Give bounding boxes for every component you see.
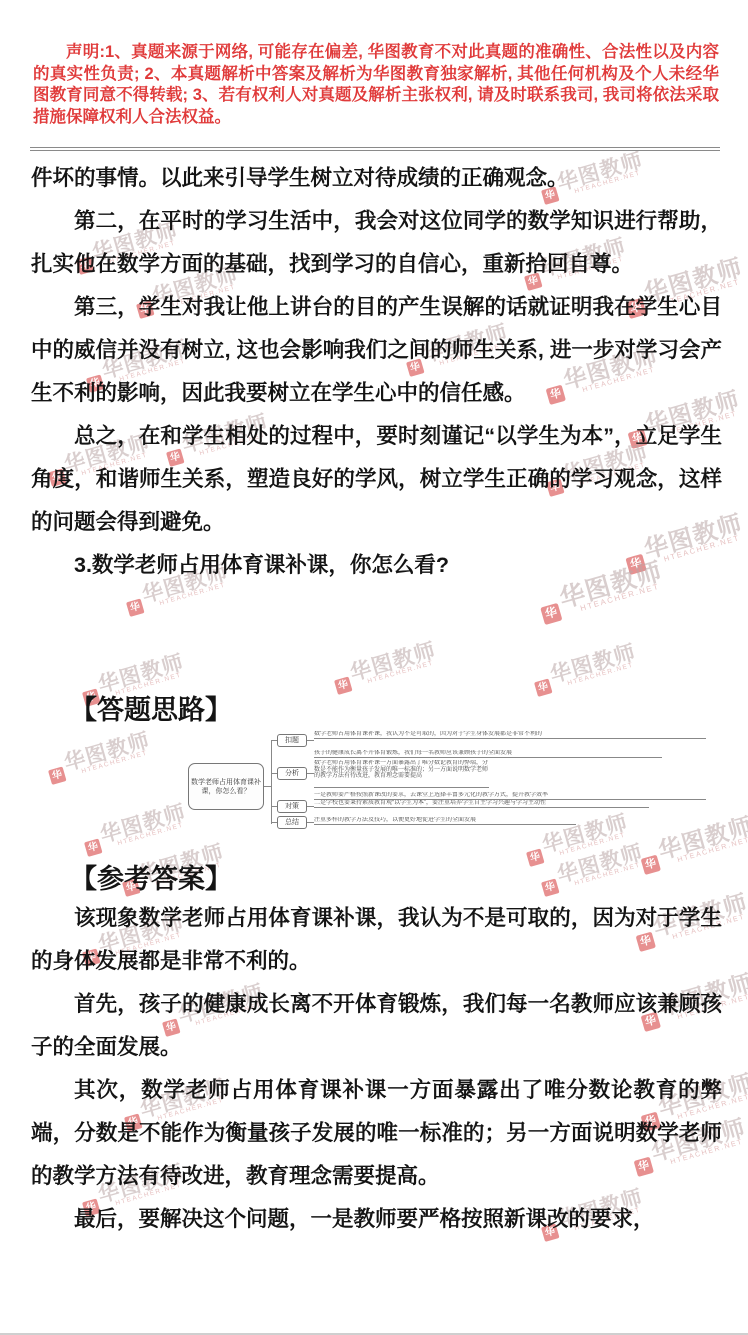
mindmap-branch-label: 对策	[277, 800, 307, 813]
paragraph: 第三，学生对我让他上讲台的目的产生误解的话就证明我在学生心目中的威信并没有树立,…	[31, 286, 722, 415]
paragraph: 第二，在平时的学习生活中，我会对这位同学的数学知识进行帮助，扎实他在数学方面的基…	[31, 200, 722, 286]
paragraph: 件坏的事情。以此来引导学生树立对待成绩的正确观念。	[31, 157, 722, 200]
paragraph: 总之，在和学生相处的过程中，要时刻谨记“以学生为本”，立足学生角度，和谐师生关系…	[31, 415, 722, 544]
page-content: 声明:1、真题来源于网络, 可能存在偏差, 华图教育不对此真题的准确性、合法性以…	[0, 0, 748, 1335]
mindmap-branch-text: 注重多样的教学方法及技巧，以便更好地促进学生的全面发展	[314, 817, 576, 825]
mindmap-branch-text: 数学老师占用体育课补课一方面暴露出了唯分数论教育的弊端，分数是不能作为衡量孩子发…	[314, 760, 489, 788]
mindmap-branch-text: 一是教师要严格按照新课改的要求，去课堂上选择丰富多元化的教学方式，提升教学效率	[314, 792, 706, 800]
document-page: 华华图教师HTEACHER.NET华华图教师HTEACHER.NET华华图教师H…	[0, 0, 748, 1335]
mindmap-connector	[307, 740, 314, 741]
body-text-answer: 该现象数学老师占用体育课补课，我认为不是可取的，因为对于学生的身体发展都是非常不…	[31, 897, 722, 1241]
mindmap-root-node: 数学老师占用体育课补课，你怎么看？	[188, 763, 264, 810]
mindmap-branch-text: 二是学校也要秉持素质教育观“以学生为本”，要注重培养学生自主学习兴趣与学习主动性	[314, 800, 649, 808]
mindmap-connector	[264, 786, 271, 787]
paragraph: 该现象数学老师占用体育课补课，我认为不是可取的，因为对于学生的身体发展都是非常不…	[31, 897, 722, 983]
reference-answer-heading: 【参考答案】	[30, 857, 232, 896]
answer-mindmap-diagram: 数学老师占用体育课补课，你怎么看？ 扣题 数学老师占用体育课补课，我认为不是可取…	[150, 727, 570, 847]
double-rule-divider	[30, 147, 720, 151]
mindmap-connector	[307, 822, 314, 823]
mindmap-connector	[307, 773, 314, 774]
paragraph: 其次，数学老师占用体育课补课一方面暴露出了唯分数论教育的弊端，分数是不能作为衡量…	[31, 1069, 722, 1198]
paragraph: 最后，要解决这个问题，一是教师要严格按照新课改的要求，	[31, 1198, 722, 1241]
mindmap-connector	[307, 806, 314, 807]
mindmap-branch-text: 孩子的健康成长离不开体育锻炼，我们每一名教师应该兼顾孩子的全面发展	[314, 750, 662, 758]
disclaimer-text: 声明:1、真题来源于网络, 可能存在偏差, 华图教育不对此真题的准确性、合法性以…	[33, 42, 719, 128]
body-text-top: 件坏的事情。以此来引导学生树立对待成绩的正确观念。 第二，在平时的学习生活中，我…	[31, 157, 722, 587]
mindmap-spine	[271, 740, 272, 824]
answer-thinking-heading: 【答题思路】	[30, 688, 232, 727]
mindmap-branch-text: 数学老师占用体育课补课，我认为不是可取的，因为对于学生身体发展都是非常不利的	[314, 731, 706, 739]
mindmap-branch-label: 分析	[277, 767, 307, 780]
mindmap-branch-label: 总结	[277, 816, 307, 829]
mindmap-branch-label: 扣题	[277, 734, 307, 747]
paragraph: 首先，孩子的健康成长离不开体育锻炼，我们每一名教师应该兼顾孩子的全面发展。	[31, 983, 722, 1069]
question-3-title: 3.数学老师占用体育课补课，你怎么看?	[31, 544, 722, 587]
